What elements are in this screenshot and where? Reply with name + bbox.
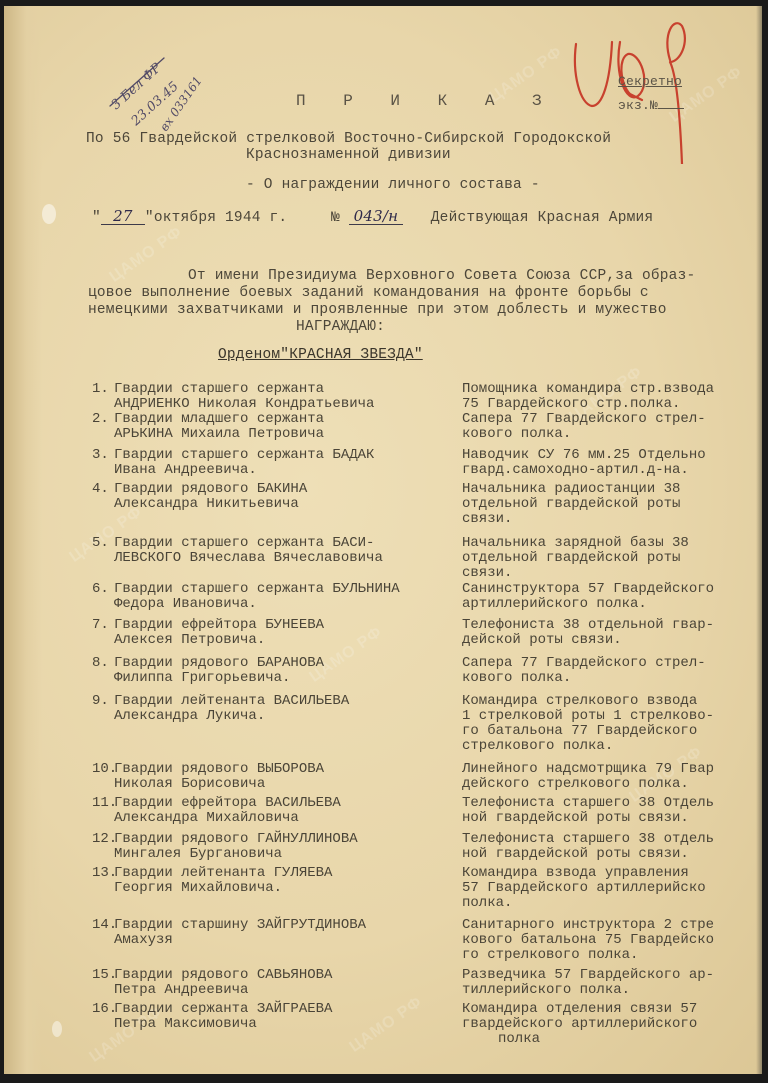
awards-verb: НАГРАЖДАЮ: [296, 320, 385, 335]
recipient-number: 1. [92, 382, 114, 397]
position-line: Начальника радиостанции 38 [462, 482, 680, 497]
recipient-rank: Гвардии лейтенанта ВАСИЛЬЕВА [114, 693, 349, 709]
recipient-number: 13. [92, 866, 114, 881]
position-line: ной гвардейской роты связи. [462, 847, 714, 862]
recipient-rank: Гвардии сержанта ЗАЙГРАЕВА [114, 1001, 332, 1017]
recipient-name: Петра Максимовича [92, 1017, 332, 1032]
position-line: 75 Гвардейского стр.полка. [462, 397, 714, 412]
recipient-name: Амахузя [92, 933, 366, 948]
recipient-number: 6. [92, 582, 114, 597]
recipient-position: Командира отделения связи 57гвардейского… [462, 1002, 697, 1047]
intro-line: немецкими захватчиками и проявленные при… [88, 302, 667, 318]
position-line: го батальона 77 Гвардейского [462, 724, 714, 739]
recipient-position: Санитарного инструктора 2 стрекового бат… [462, 918, 714, 963]
position-line: гвардейского артиллерийского [462, 1017, 697, 1032]
position-line: связи. [462, 512, 680, 527]
position-line: кового полка. [462, 671, 706, 686]
position-line: отдельной гвардейской роты [462, 497, 680, 512]
recipient-position: Разведчика 57 Гвардейского ар-тиллерийск… [462, 968, 714, 998]
document-page: ЦАМО РФ ЦАМО РФ ЦАМО РФ ЦАМО РФ ЦАМО РФ … [4, 6, 762, 1074]
pencil-registration-note: 3 Бел ФР 23.03.45 вх 033161 [106, 48, 236, 138]
recipient-rank-name: 6.Гвардии старшего сержанта БУЛЬНИНАФедо… [92, 582, 400, 612]
recipient-rank-name: 11.Гвардии ефрейтора ВАСИЛЬЕВААлександра… [92, 796, 341, 826]
recipient-name: Филиппа Григорьевича. [92, 671, 324, 686]
recipient-number: 14. [92, 918, 114, 933]
recipient-name: Александра Лукича. [92, 709, 349, 724]
recipient-position: Сапера 77 Гвардейского стрел-кового полк… [462, 656, 706, 686]
recipient-name: Николая Борисовича [92, 777, 324, 792]
date-quote-close: " [145, 210, 154, 226]
position-line: дейского стрелкового полка. [462, 777, 714, 792]
recipient-rank: Гвардии рядового БАРАНОВА [114, 655, 324, 671]
position-line: 57 Гвардейского артиллерийско [462, 881, 706, 896]
recipient-rank-name: 13.Гвардии лейтенанта ГУЛЯЕВАГеоргия Мих… [92, 866, 332, 896]
copy-number: экз.№ [618, 98, 684, 113]
position-line: связи. [462, 566, 689, 581]
position-line: кового батальона 75 Гвардейско [462, 933, 714, 948]
recipient-name: Александра Никитьевича [92, 497, 307, 512]
position-line: Командира стрелкового взвода [462, 694, 714, 709]
classification-stamp: Секретно [618, 74, 682, 89]
recipient-rank: Гвардии рядового ГАЙНУЛЛИНОВА [114, 831, 358, 847]
recipient-rank: Гвардии ефрейтора ВАСИЛЬЕВА [114, 795, 341, 811]
location-line: Действующая Красная Армия [431, 210, 654, 226]
recipient-name: Алексея Петровича. [92, 633, 324, 648]
recipient-rank-name: 4.Гвардии рядового БАКИНААлександра Ники… [92, 482, 307, 512]
recipient-position: Сапера 77 Гвардейского стрел-кового полк… [462, 412, 706, 442]
recipient-position: Телефониста 38 отдельной гвар-дейской ро… [462, 618, 714, 648]
position-line: дейской роты связи. [462, 633, 714, 648]
recipient-rank: Гвардии рядового БАКИНА [114, 481, 307, 497]
recipient-rank-name: 16.Гвардии сержанта ЗАЙГРАЕВАПетра Макси… [92, 1002, 332, 1032]
position-line: стрелкового полка. [462, 739, 714, 754]
position-line: ной гвардейской роты связи. [462, 811, 714, 826]
recipient-rank-name: 14.Гвардии старшину ЗАЙГРУТДИНОВААмахузя [92, 918, 366, 948]
recipient-rank: Гвардии старшего сержанта БУЛЬНИНА [114, 581, 400, 597]
position-line: полка. [462, 896, 706, 911]
position-line: Санинструктора 57 Гвардейского [462, 582, 714, 597]
recipient-rank: Гвардии ефрейтора БУНЕЕВА [114, 617, 324, 633]
recipient-rank-name: 10.Гвардии рядового ВЫБОРОВАНиколая Бори… [92, 762, 324, 792]
document-title: П Р И К А З [296, 94, 556, 109]
recipient-number: 2. [92, 412, 114, 427]
position-line: 1 стрелковой роты 1 стрелково- [462, 709, 714, 724]
position-line: Телефониста старшего 38 отдель [462, 832, 714, 847]
position-line: Командира взвода управления [462, 866, 706, 881]
recipient-rank-name: 2.Гвардии младшего сержантаАРЬКИНА Михаи… [92, 412, 324, 442]
paper-tear [52, 1021, 62, 1037]
unit-name-line2: Краснознаменной дивизии [246, 148, 451, 163]
recipient-name: Ивана Андреевича. [92, 463, 374, 478]
recipient-name: ЛЕВСКОГО Вячеслава Вячеславовича [92, 551, 383, 566]
position-line: Начальника зарядной базы 38 [462, 536, 689, 551]
recipient-rank-name: 5.Гвардии старшего сержанта БАСИ-ЛЕВСКОГ… [92, 536, 383, 566]
recipient-position: Начальника радиостанции 38отдельной гвар… [462, 482, 680, 527]
recipient-rank: Гвардии рядового САВЬЯНОВА [114, 967, 332, 983]
recipient-number: 16. [92, 1002, 114, 1017]
position-line: Телефониста старшего 38 Отдель [462, 796, 714, 811]
recipient-name: АРЬКИНА Михаила Петровича [92, 427, 324, 442]
position-line: Наводчик СУ 76 мм.25 Отдельно [462, 448, 706, 463]
watermark: ЦАМО РФ [346, 993, 426, 1056]
position-line: Помощника командира стр.взвода [462, 382, 714, 397]
intro-line: От имени Президиума Верховного Совета Со… [88, 268, 695, 284]
date-day-handwritten: 27 [101, 209, 145, 225]
recipient-rank-name: 8.Гвардии рядового БАРАНОВАФилиппа Григо… [92, 656, 324, 686]
recipient-rank: Гвардии старшего сержанта БАСИ- [114, 535, 374, 551]
position-line: Телефониста 38 отдельной гвар- [462, 618, 714, 633]
order-number-handwritten: 043/н [349, 209, 403, 225]
recipient-number: 12. [92, 832, 114, 847]
intro-paragraph: От имени Президиума Верховного Совета Со… [88, 268, 695, 319]
position-line: полка [462, 1032, 697, 1047]
recipient-rank: Гвардии старшего сержанта [114, 381, 324, 397]
recipient-number: 4. [92, 482, 114, 497]
position-line: Разведчика 57 Гвардейского ар- [462, 968, 714, 983]
paper-tear [42, 204, 56, 224]
recipient-number: 7. [92, 618, 114, 633]
recipient-position: Санинструктора 57 Гвардейскогоартиллерий… [462, 582, 714, 612]
recipient-rank-name: 7.Гвардии ефрейтора БУНЕЕВААлексея Петро… [92, 618, 324, 648]
recipient-name: Александра Михайловича [92, 811, 341, 826]
date-quote-open: " [92, 210, 101, 226]
recipient-number: 15. [92, 968, 114, 983]
position-line: Сапера 77 Гвардейского стрел- [462, 412, 706, 427]
recipient-rank: Гвардии младшего сержанта [114, 411, 324, 427]
position-line: Командира отделения связи 57 [462, 1002, 697, 1017]
position-line: тиллерийского полка. [462, 983, 714, 998]
position-line: го стрелкового полка. [462, 948, 714, 963]
position-line: Санитарного инструктора 2 стре [462, 918, 714, 933]
position-line: отдельной гвардейской роты [462, 551, 689, 566]
recipient-number: 5. [92, 536, 114, 551]
recipient-name: Федора Ивановича. [92, 597, 400, 612]
recipient-position: Командира взвода управления57 Гвардейско… [462, 866, 706, 911]
date-number-line: "27"октября 1944 г. № 043/н Действующая … [92, 209, 653, 226]
recipient-position: Телефониста старшего 38 Отдельной гварде… [462, 796, 714, 826]
recipient-number: 8. [92, 656, 114, 671]
date-month-year: октября 1944 г. [154, 210, 288, 226]
position-line: артиллерийского полка. [462, 597, 714, 612]
recipient-position: Начальника зарядной базы 38отдельной гва… [462, 536, 689, 581]
intro-line: цовое выполнение боевых заданий командов… [88, 285, 649, 301]
position-line: кового полка. [462, 427, 706, 442]
award-order-name: Орденом"КРАСНАЯ ЗВЕЗДА" [218, 348, 423, 363]
position-line: гвард.самоходно-артил.д-на. [462, 463, 706, 478]
recipient-name: Георгия Михайловича. [92, 881, 332, 896]
recipient-rank: Гвардии лейтенанта ГУЛЯЕВА [114, 865, 332, 881]
order-number-label: № [331, 210, 340, 226]
recipient-position: Телефониста старшего 38 отдельной гварде… [462, 832, 714, 862]
recipient-position: Командира стрелкового взвода1 стрелковой… [462, 694, 714, 754]
recipient-rank-name: 15.Гвардии рядового САВЬЯНОВАПетра Андре… [92, 968, 332, 998]
recipient-rank-name: 12.Гвардии рядового ГАЙНУЛЛИНОВАМингалея… [92, 832, 358, 862]
recipient-rank-name: 1.Гвардии старшего сержантаАНДРИЕНКО Ник… [92, 382, 374, 412]
recipient-rank: Гвардии старшину ЗАЙГРУТДИНОВА [114, 917, 366, 933]
recipient-name: Мингалея Бургановича [92, 847, 358, 862]
position-line: Сапера 77 Гвардейского стрел- [462, 656, 706, 671]
recipient-position: Линейного надсмотрщика 79 Гвардейского с… [462, 762, 714, 792]
position-line: Линейного надсмотрщика 79 Гвар [462, 762, 714, 777]
recipient-number: 11. [92, 796, 114, 811]
recipient-number: 9. [92, 694, 114, 709]
copy-number-blank [658, 108, 684, 109]
copy-number-label: экз.№ [618, 98, 658, 113]
recipient-rank: Гвардии рядового ВЫБОРОВА [114, 761, 324, 777]
recipient-name: АНДРИЕНКО Николая Кондратьевича [92, 397, 374, 412]
recipient-name: Петра Андреевича [92, 983, 332, 998]
recipient-number: 10. [92, 762, 114, 777]
recipient-rank: Гвардии старшего сержанта БАДАК [114, 447, 374, 463]
recipient-position: Помощника командира стр.взвода75 Гвардей… [462, 382, 714, 412]
recipient-rank-name: 9.Гвардии лейтенанта ВАСИЛЬЕВААлександра… [92, 694, 349, 724]
order-subject: - О награждении личного состава - [246, 178, 540, 193]
unit-name-line1: По 56 Гвардейской стрелковой Восточно-Си… [86, 132, 611, 147]
recipient-number: 3. [92, 448, 114, 463]
recipient-rank-name: 3.Гвардии старшего сержанта БАДАКИвана А… [92, 448, 374, 478]
recipient-position: Наводчик СУ 76 мм.25 Отдельногвард.самох… [462, 448, 706, 478]
